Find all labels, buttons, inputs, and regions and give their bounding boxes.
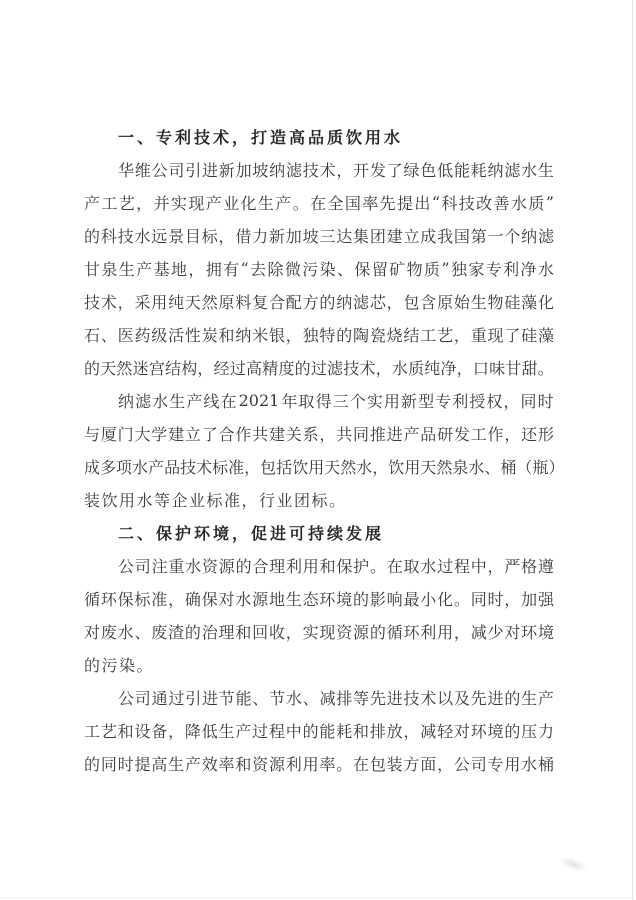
text-line: 纳滤水生产线在 2021 年取得三个实用新型专利授权，同时	[84, 384, 554, 417]
text-line: 甘泉生产基地，拥有“去除微污染、保留矿物质”独家专利净水	[84, 252, 554, 285]
text-line: 技术，采用纯天然原料复合配方的纳滤芯，包含原始生物硅藻化	[84, 285, 554, 318]
text-line: 与厦门大学建立了合作共建关系，共同推进产品研发工作，还形	[84, 417, 554, 450]
text-line: 对废水、废渣的治理和回收，实现资源的循环利用，减少对环境	[84, 615, 554, 648]
scan-smudge-artifact	[557, 854, 589, 875]
section-heading: 二、保护环境，促进可持续发展	[84, 516, 554, 549]
text-line: 公司通过引进节能、节水、减排等先进技术以及先进的生产	[84, 681, 554, 714]
text-block: 一、专利技术，打造高品质饮用水华维公司引进新加坡纳滤技术，开发了绿色低能耗纳滤水…	[84, 120, 554, 780]
text-line: 的同时提高生产效率和资源利用率。在包装方面，公司专用水桶	[84, 747, 554, 780]
scan-edge-bottom-artifact	[0, 897, 636, 898]
scan-edge-right-artifact	[632, 0, 633, 900]
text-line: 的天然迷宫结构，经过高精度的过滤技术，水质纯净，口味甘甜。	[84, 351, 554, 384]
text-line: 的科技水远景目标，借力新加坡三达集团建立成我国第一个纳滤	[84, 219, 554, 252]
text-line: 工艺和设备，降低生产过程中的能耗和排放，减轻对环境的压力	[84, 714, 554, 747]
document-page: 一、专利技术，打造高品质饮用水华维公司引进新加坡纳滤技术，开发了绿色低能耗纳滤水…	[0, 0, 636, 900]
text-line: 成多项水产品技术标准，包括饮用天然水，饮用天然泉水、桶（瓶）	[84, 450, 554, 483]
text-line: 石、医药级活性炭和纳米银，独特的陶瓷烧结工艺，重现了硅藻	[84, 318, 554, 351]
text-line: 产工艺，并实现产业化生产。在全国率先提出“科技改善水质”	[84, 186, 554, 219]
text-line: 公司注重水资源的合理利用和保护。在取水过程中，严格遵	[84, 549, 554, 582]
text-line: 的污染。	[84, 648, 554, 681]
text-line: 华维公司引进新加坡纳滤技术，开发了绿色低能耗纳滤水生	[84, 153, 554, 186]
text-line: 装饮用水等企业标准，行业团标。	[84, 483, 554, 516]
section-heading: 一、专利技术，打造高品质饮用水	[84, 120, 554, 153]
text-line: 循环保标准，确保对水源地生态环境的影响最小化。同时，加强	[84, 582, 554, 615]
